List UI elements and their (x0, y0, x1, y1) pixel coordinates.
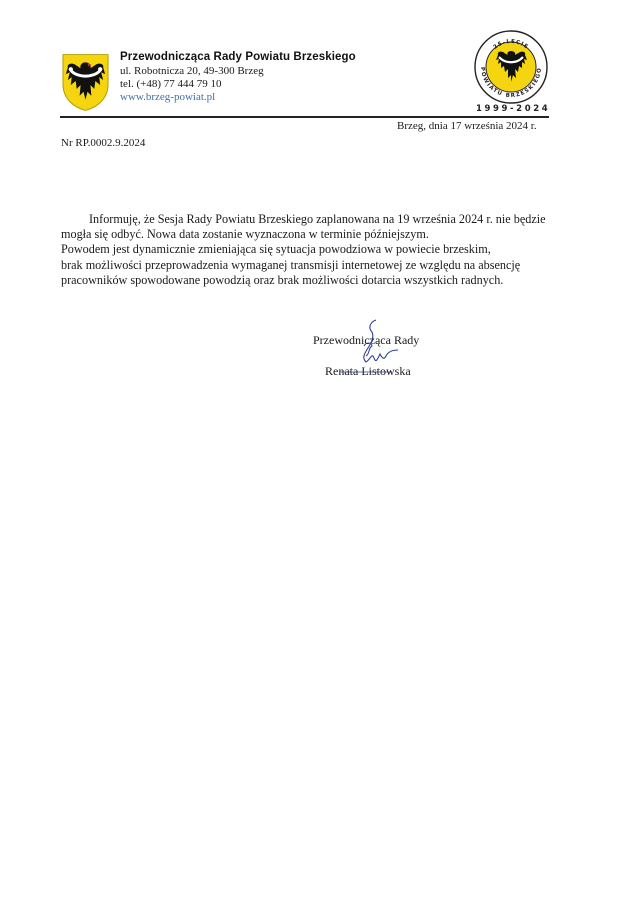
website-link[interactable]: www.brzeg-powiat.pl (120, 91, 264, 104)
body-line: brak możliwości przeprowadzenia wymagane… (61, 258, 601, 273)
letter-body: Informuję, że Sesja Rady Powiatu Brzeski… (61, 212, 601, 288)
address: ul. Robotnicza 20, 49-300 Brzeg (120, 65, 264, 78)
body-line: Powodem jest dynamicznie zmieniająca się… (61, 242, 601, 257)
body-line: Informuję, że Sesja Rady Powiatu Brzeski… (61, 212, 601, 227)
anniversary-emblem-icon: 25-LECIE POWIATU BRZESKIEGO (473, 29, 549, 105)
organization-name: Przewodnicząca Rady Powiatu Brzeskiego (120, 51, 356, 63)
letterhead-divider (60, 116, 549, 118)
body-line: pracowników spowodowane powodzią oraz br… (61, 273, 601, 288)
signature-scribble-icon (328, 318, 428, 380)
phone: tel. (+48) 77 444 79 10 (120, 78, 264, 91)
place-date: Brzeg, dnia 17 września 2024 r. (397, 120, 537, 132)
anniversary-years: 1999-2024 (476, 104, 550, 114)
contact-block: ul. Robotnicza 20, 49-300 Brzeg tel. (+4… (120, 65, 264, 104)
body-line: mogła się odbyć. Nowa data zostanie wyzn… (61, 227, 601, 242)
reference-number: Nr RP.0002.9.2024 (61, 137, 145, 149)
eagle-coat-of-arms-icon (61, 52, 110, 112)
